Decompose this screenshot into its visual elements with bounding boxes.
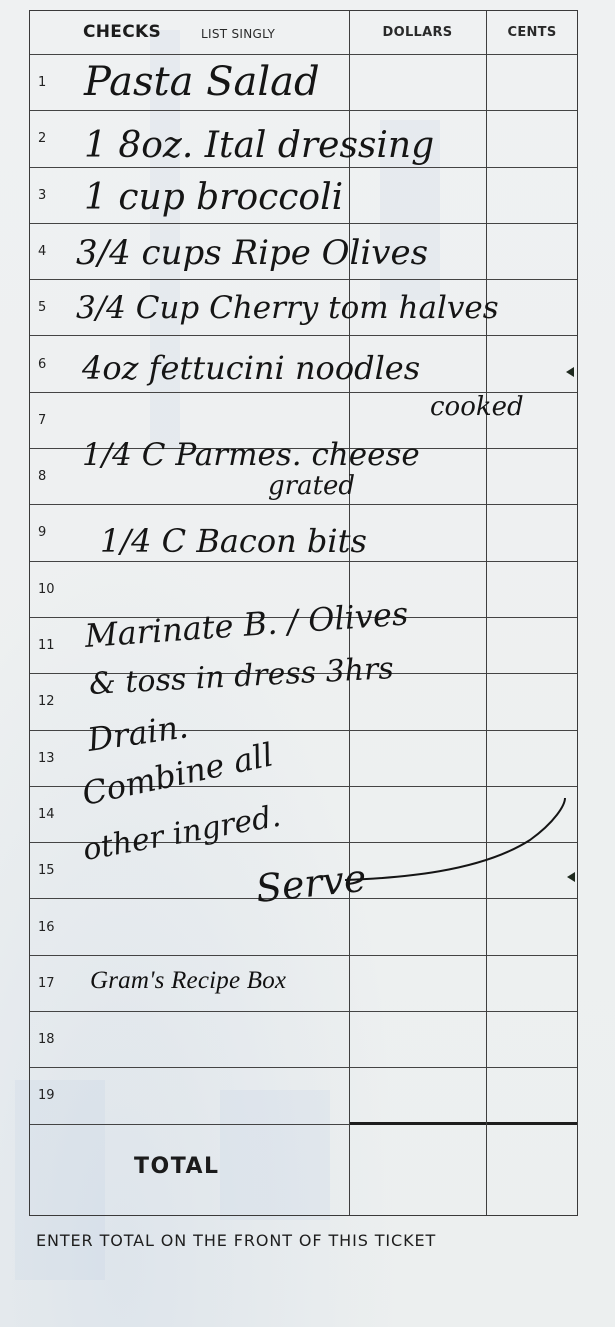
row-number: 2	[38, 131, 46, 146]
recipe-title: Pasta Salad	[84, 62, 320, 102]
row-number: 18	[38, 1032, 55, 1047]
row-number: 8	[38, 469, 46, 484]
row-number: 14	[38, 807, 55, 822]
left-pointer-icon	[566, 367, 574, 377]
total-rule	[349, 1122, 577, 1125]
header-cents: CENTS	[486, 25, 578, 40]
row-number: 17	[38, 976, 55, 991]
table-header: CHECKS LIST SINGLY DOLLARS CENTS	[30, 11, 577, 55]
footer-instruction: ENTER TOTAL ON THE FRONT OF THIS TICKET	[36, 1231, 576, 1250]
row-number: 7	[38, 413, 46, 428]
row-number: 1	[38, 75, 46, 90]
row-number: 13	[38, 751, 55, 766]
row-number: 9	[38, 525, 46, 540]
row-number: 4	[38, 244, 46, 259]
total-label: TOTAL	[134, 1154, 220, 1179]
ingredient-note: grated	[268, 473, 355, 499]
row-number: 19	[38, 1088, 55, 1103]
ingredient-line: 3/4 Cup Cherry tom halves	[76, 293, 499, 324]
ingredient-note: cooked	[430, 394, 524, 420]
header-checks: CHECKS	[83, 22, 161, 42]
cents-column-divider	[486, 11, 487, 1215]
header-list-singly: LIST SINGLY	[201, 27, 275, 41]
table-row: 16	[30, 900, 577, 956]
total-row: TOTAL	[30, 1124, 577, 1215]
row-number: 15	[38, 863, 55, 878]
left-pointer-icon	[567, 872, 575, 882]
ingredient-line: 1 8oz. Ital dressing	[84, 128, 434, 164]
ingredient-line: 1 cup broccoli	[84, 180, 343, 216]
ingredient-line: 1/4 C Bacon bits	[100, 525, 367, 557]
row-number: 12	[38, 694, 55, 709]
ingredient-line: 1/4 C Parmes. cheese	[82, 440, 420, 471]
serve-flourish	[340, 780, 580, 900]
row-number: 3	[38, 188, 46, 203]
table-row: 19	[30, 1068, 577, 1124]
row-number: 6	[38, 357, 46, 372]
ingredient-line: 3/4 cups Ripe Olives	[76, 236, 428, 270]
brand-watermark: Gram's Recipe Box	[90, 967, 286, 995]
ingredient-line: 4oz fettucini noodles	[82, 352, 420, 384]
header-dollars: DOLLARS	[349, 25, 486, 40]
row-number: 11	[38, 638, 55, 653]
row-number: 16	[38, 920, 55, 935]
row-number: 5	[38, 300, 46, 315]
row-number: 10	[38, 582, 55, 597]
table-row: 18	[30, 1012, 577, 1068]
